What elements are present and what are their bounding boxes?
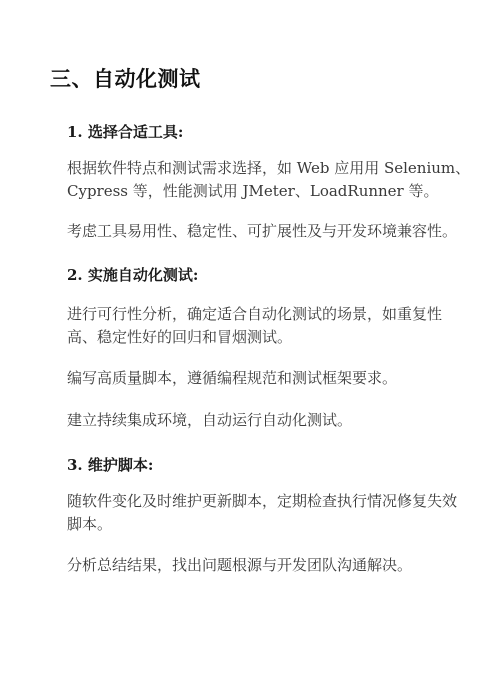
paragraph-3-2: 分析总结结果，找出问题根源与开发团队沟通解决。 [67, 554, 487, 577]
paragraph-2-2: 编写高质量脚本，遵循编程规范和测试框架要求。 [67, 367, 487, 390]
document-page: 三、自动化测试 1. 选择合适工具: 根据软件特点和测试需求选择，如 Web 应… [0, 0, 500, 698]
section-heading-2: 2. 实施自动化测试: [67, 264, 198, 285]
section-heading-1: 1. 选择合适工具: [67, 121, 183, 142]
section-heading-3: 3. 维护脚本: [67, 454, 153, 475]
paragraph-line: 随软件变化及时维护更新脚本，定期检查执行情况修复失效 [67, 490, 487, 513]
paragraph-2-1: 进行可行性分析，确定适合自动化测试的场景，如重复性 高、稳定性好的回归和冒烟测试… [67, 303, 487, 349]
paragraph-line: 脚本。 [67, 513, 487, 536]
paragraph-line: Cypress 等，性能测试用 JMeter、LoadRunner 等。 [67, 180, 487, 203]
page-title: 三、自动化测试 [50, 63, 201, 93]
paragraph-line: 编写高质量脚本，遵循编程规范和测试框架要求。 [67, 367, 487, 390]
paragraph-1-1: 根据软件特点和测试需求选择，如 Web 应用用 Selenium、 Cypres… [67, 157, 487, 203]
paragraph-line: 建立持续集成环境，自动运行自动化测试。 [67, 409, 487, 432]
paragraph-line: 分析总结结果，找出问题根源与开发团队沟通解决。 [67, 554, 487, 577]
paragraph-line: 根据软件特点和测试需求选择，如 Web 应用用 Selenium、 [67, 157, 487, 180]
paragraph-3-1: 随软件变化及时维护更新脚本，定期检查执行情况修复失效 脚本。 [67, 490, 487, 536]
paragraph-line: 考虑工具易用性、稳定性、可扩展性及与开发环境兼容性。 [67, 220, 487, 243]
paragraph-line: 进行可行性分析，确定适合自动化测试的场景，如重复性 [67, 303, 487, 326]
paragraph-1-2: 考虑工具易用性、稳定性、可扩展性及与开发环境兼容性。 [67, 220, 487, 243]
paragraph-line: 高、稳定性好的回归和冒烟测试。 [67, 326, 487, 349]
paragraph-2-3: 建立持续集成环境，自动运行自动化测试。 [67, 409, 487, 432]
